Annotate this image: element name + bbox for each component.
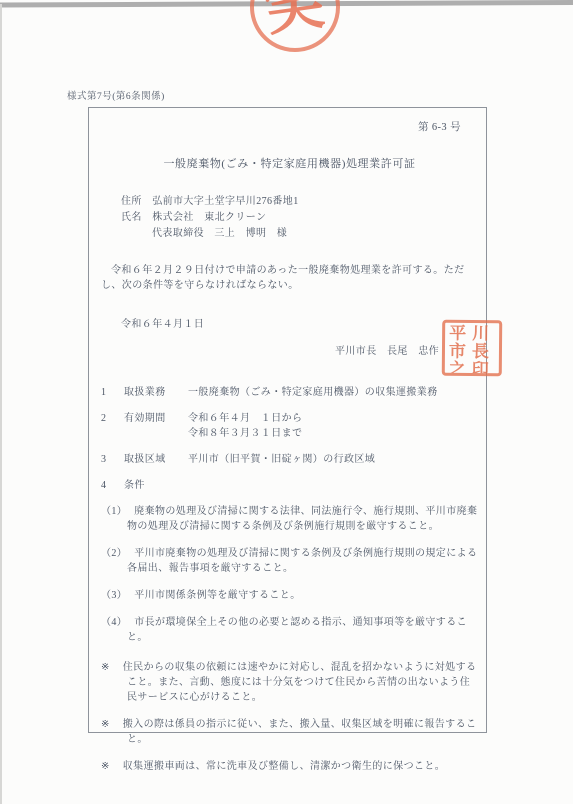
- item-label: 有効期間: [124, 411, 188, 441]
- form-number-label: 様式第7号(第6条関係): [67, 88, 165, 102]
- condition-text: 廃棄物の処理及び清掃に関する法律、同法施行令、施行規則、平川市廃棄物の処理及び清…: [127, 506, 477, 532]
- item-business: 1 取扱業務 一般廃棄物（ごみ・特定家庭用機器）の収集運搬業務: [101, 385, 478, 400]
- items-list: 1 取扱業務 一般廃棄物（ごみ・特定家庭用機器）の収集運搬業務 2 有効期間 令…: [101, 385, 478, 493]
- validity-to: 令和８年３月３１日まで: [188, 428, 302, 439]
- condition-number: （2）: [101, 548, 127, 559]
- item-value: [188, 478, 478, 493]
- certificate-number: 第 6-3 号: [101, 120, 478, 136]
- item-value: 一般廃棄物（ごみ・特定家庭用機器）の収集運搬業務: [188, 385, 478, 400]
- note-text: 収集運搬車両は、常に洗車及び整備し、清潔かつ衛生的に保つこと。: [123, 761, 445, 772]
- recipient-address: 住所 弘前市大字土堂字早川276番地1: [121, 194, 478, 209]
- recipient-name: 氏名 株式会社 東北クリーン: [121, 210, 478, 225]
- recipient-block: 住所 弘前市大字土堂字早川276番地1 氏名 株式会社 東北クリーン 代表取締役…: [121, 194, 478, 241]
- item-area: 3 取扱区域 平川市（旧平賀・旧碇ヶ関）の行政区域: [101, 452, 478, 467]
- item-validity: 2 有効期間 令和６年４月 １日から 令和８年３月３１日まで: [101, 411, 478, 441]
- condition-text: 平川市関係条例等を厳守すること。: [134, 590, 300, 601]
- note-3: ※収集運搬車両は、常に洗車及び整備し、清潔かつ衛生的に保つこと。: [101, 759, 478, 774]
- permission-statement: 令和６年２月２９日付けで申請のあった一般廃棄物処理業を許可する。ただし、次の条件…: [101, 263, 476, 293]
- note-1: ※住民からの収集の依頼には速やかに対応し、混乱を招かないように対処すること。また…: [101, 660, 478, 705]
- note-text: 搬入の際は係員の指示に従い、また、搬入量、収集区域を明確に報告すること。: [123, 719, 477, 745]
- item-value: 平川市（旧平賀・旧碇ヶ関）の行政区域: [188, 452, 478, 467]
- item-number: 4: [101, 478, 124, 493]
- item-number: 1: [101, 385, 124, 400]
- note-marker: ※: [101, 719, 110, 730]
- item-value: 令和６年４月 １日から 令和８年３月３１日まで: [188, 411, 478, 441]
- condition-number: （4）: [101, 617, 127, 628]
- condition-2: （2）平川市廃棄物の処理及び清掃に関する条例及び条例施行規則の規定による各届出、…: [101, 546, 478, 576]
- validity-from: 令和６年４月 １日から: [188, 413, 302, 424]
- item-number: 2: [101, 411, 124, 441]
- reception-stamp-glyph: 笑: [262, 0, 328, 40]
- reception-stamp-icon: 笑: [244, 0, 346, 58]
- condition-1: （1）廃棄物の処理及び清掃に関する法律、同法施行令、施行規則、平川市廃棄物の処理…: [101, 504, 478, 534]
- condition-3: （3）平川市関係条例等を厳守すること。: [101, 588, 478, 603]
- note-text: 住民からの収集の依頼には速やかに対応し、混乱を招かないように対処すること。また、…: [123, 662, 477, 703]
- condition-text: 市長が環境保全上その他の必要と認める指示、通知事項等を厳守すること。: [127, 617, 467, 643]
- item-label: 取扱業務: [124, 385, 188, 400]
- notes-list: ※住民からの収集の依頼には速やかに対応し、混乱を招かないように対処すること。また…: [101, 660, 478, 774]
- note-marker: ※: [101, 761, 110, 772]
- item-label: 条件: [124, 478, 188, 493]
- note-2: ※搬入の際は係員の指示に従い、また、搬入量、収集区域を明確に報告すること。: [101, 717, 478, 747]
- official-seal-icon: 平川市長之印: [442, 320, 502, 377]
- scanner-left-edge: [0, 4, 2, 804]
- item-label: 取扱区域: [124, 452, 188, 467]
- scanned-permit-page: 笑 様式第7号(第6条関係) 第 6-3 号 一般廃棄物(ごみ・特定家庭用機器)…: [0, 0, 573, 804]
- condition-number: （1）: [101, 506, 127, 517]
- condition-text: 平川市廃棄物の処理及び清掃に関する条例及び条例施行規則の規定による各届出、報告事…: [127, 548, 477, 574]
- item-conditions-heading: 4 条件: [101, 478, 478, 493]
- note-marker: ※: [101, 662, 110, 673]
- certificate-title: 一般廃棄物(ごみ・特定家庭用機器)処理業許可証: [101, 156, 478, 173]
- condition-number: （3）: [101, 590, 127, 601]
- conditions-list: （1）廃棄物の処理及び清掃に関する法律、同法施行令、施行規則、平川市廃棄物の処理…: [101, 504, 478, 645]
- recipient-representative: 代表取締役 三上 博明 様: [152, 226, 478, 241]
- issuer-row: 平川市長 長尾 忠作 平川市長之印: [101, 344, 478, 359]
- item-number: 3: [101, 452, 124, 467]
- certificate-frame: 第 6-3 号 一般廃棄物(ごみ・特定家庭用機器)処理業許可証 住所 弘前市大字…: [88, 107, 487, 733]
- issuer-name: 平川市長 長尾 忠作: [335, 346, 439, 357]
- condition-4: （4）市長が環境保全上その他の必要と認める指示、通知事項等を厳守すること。: [101, 615, 478, 645]
- issue-date: 令和６年４月１日: [121, 317, 478, 332]
